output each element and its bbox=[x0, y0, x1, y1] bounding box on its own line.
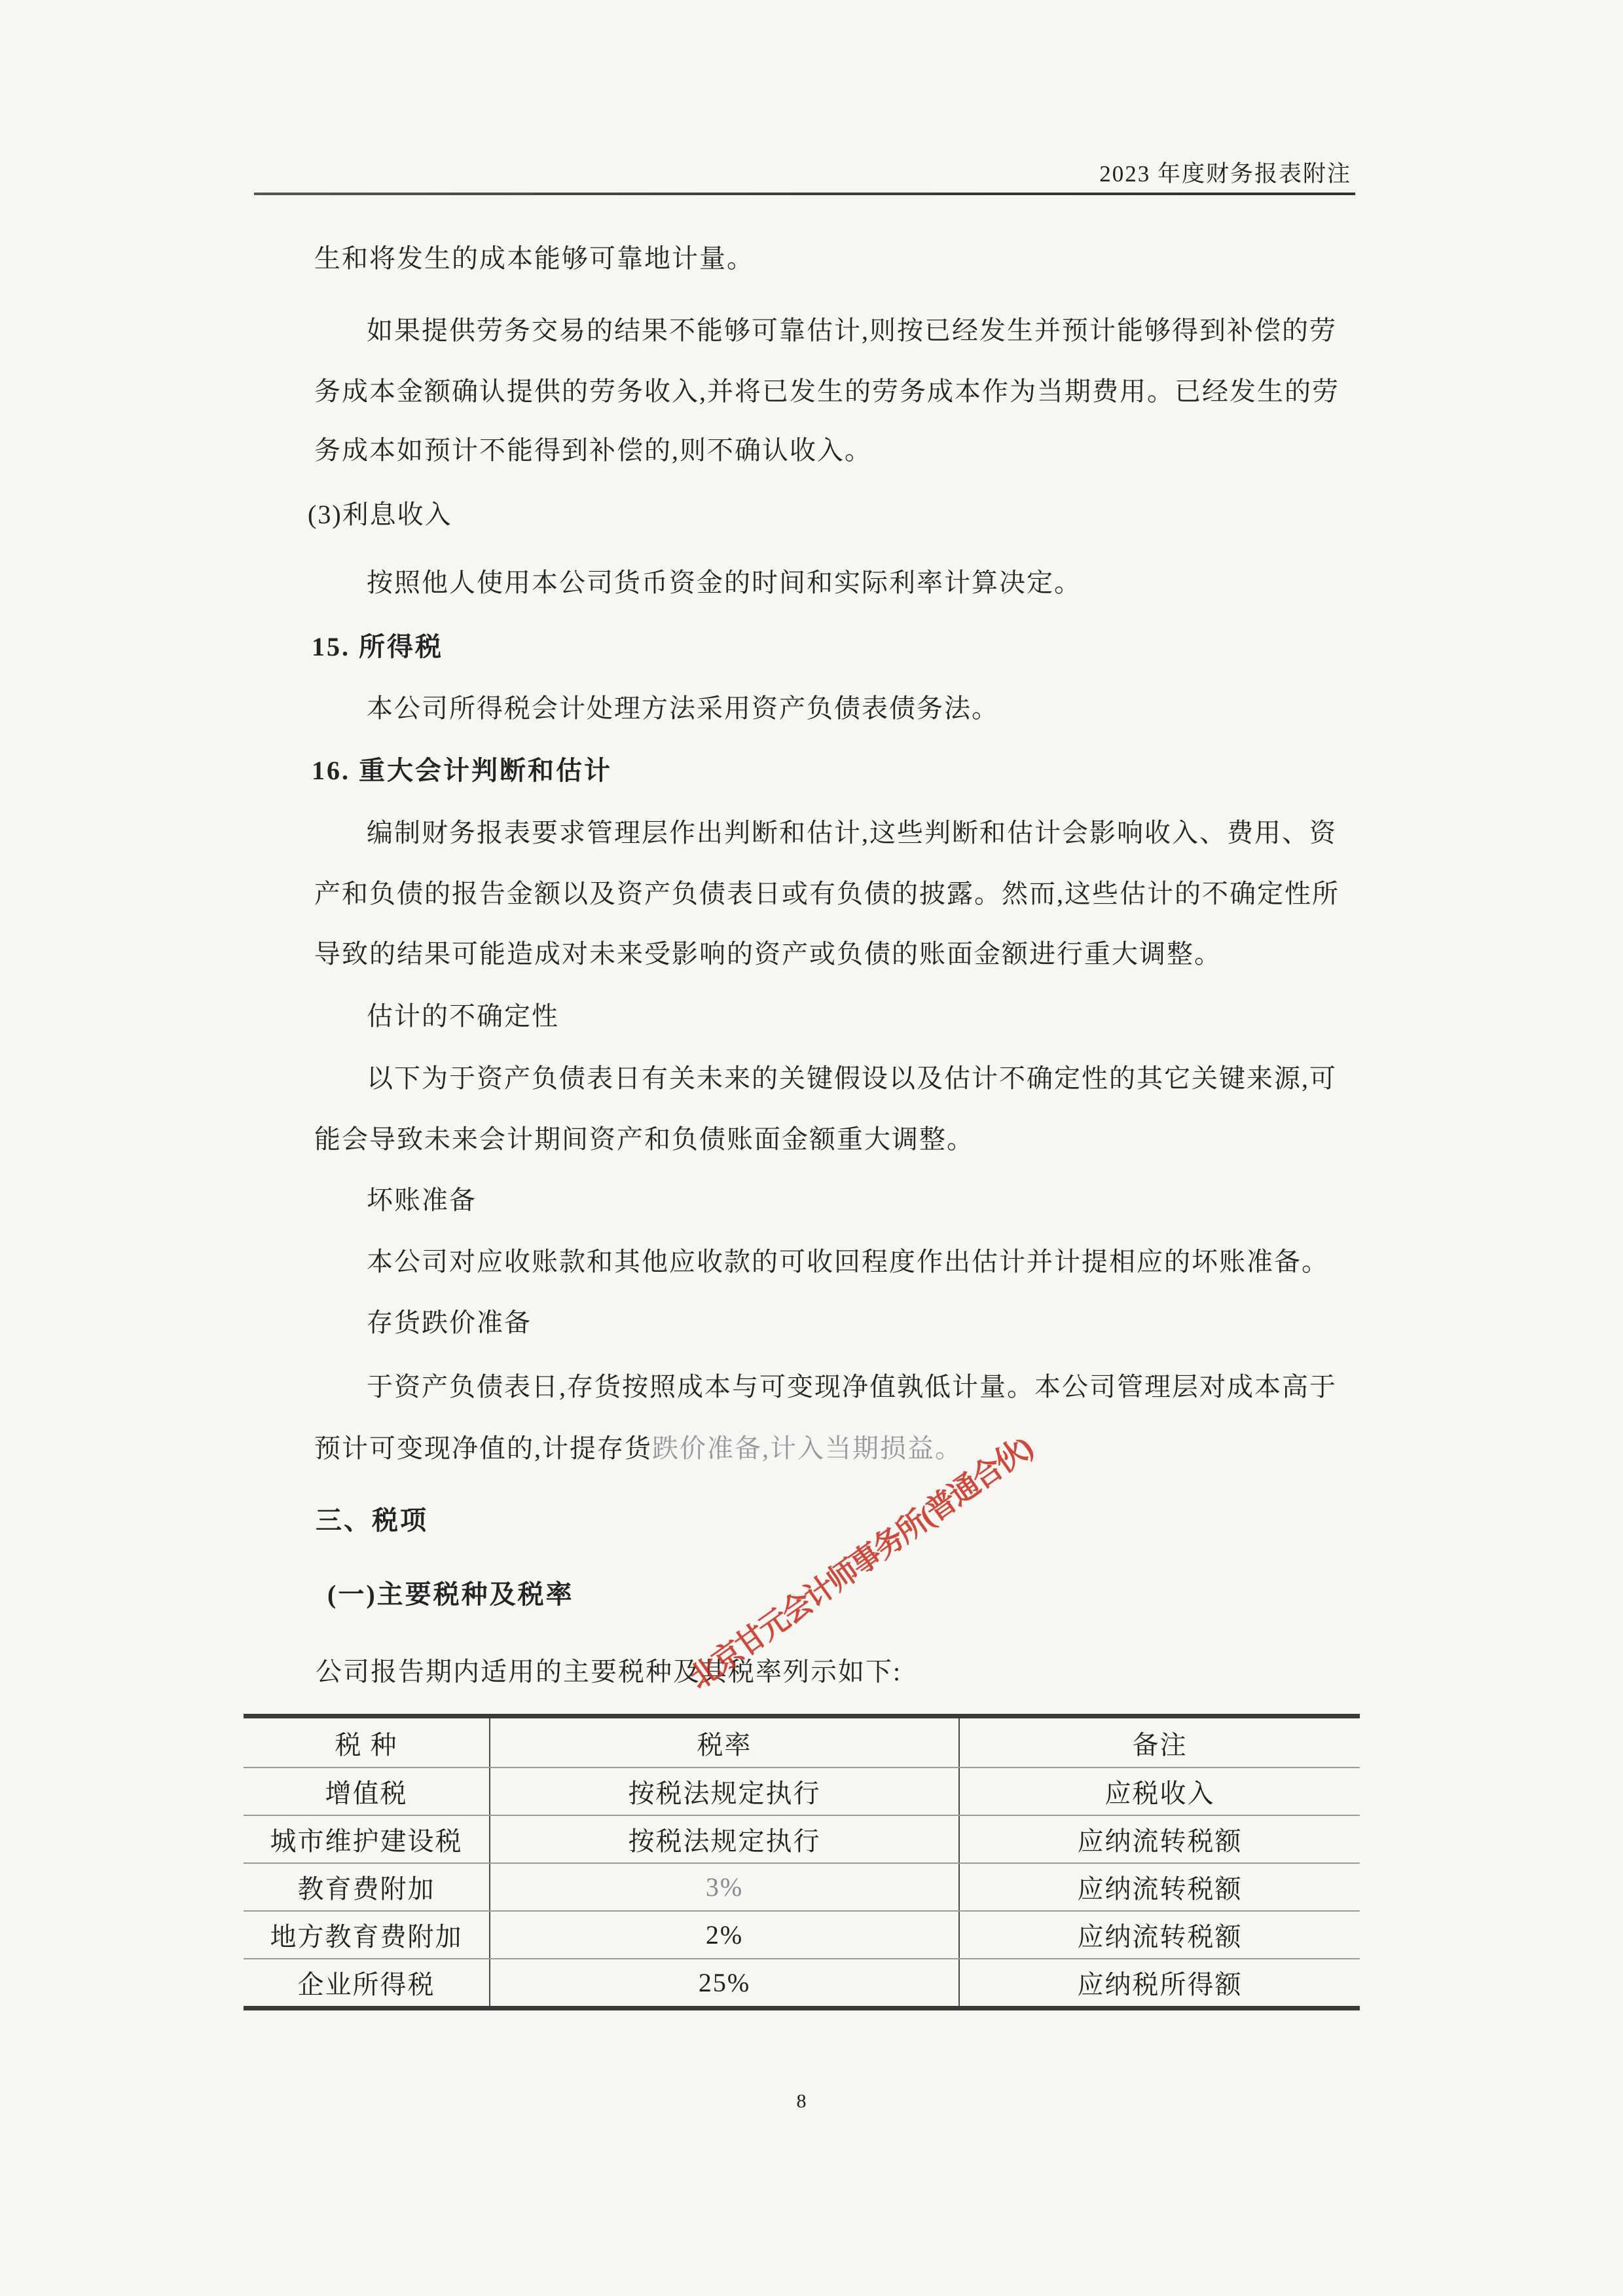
body-line: 按照他人使用本公司货币资金的时间和实际利率计算决定。 bbox=[367, 563, 1082, 602]
body-line: 如果提供劳务交易的结果不能够可靠估计,则按已经发生并预计能够得到补偿的劳 bbox=[367, 311, 1337, 350]
table-cell: 3% bbox=[490, 1863, 959, 1911]
table-cell: 按税法规定执行 bbox=[490, 1815, 959, 1863]
table-header-row: 税 种税率备注 bbox=[244, 1716, 1360, 1768]
table-cell: 增值税 bbox=[244, 1768, 490, 1815]
body-line: 15. 所得税 bbox=[312, 627, 443, 667]
table-cell: 应税收入 bbox=[959, 1768, 1360, 1815]
table-cell: 企业所得税 bbox=[244, 1959, 490, 2009]
table-cell: 地方教育费附加 bbox=[244, 1911, 490, 1959]
table-header-cell: 备注 bbox=[959, 1716, 1360, 1768]
table-cell: 应纳税所得额 bbox=[959, 1959, 1360, 2009]
body-line: 能会导致未来会计期间资产和负债账面金额重大调整。 bbox=[314, 1120, 974, 1159]
body-line: 生和将发生的成本能够可靠地计量。 bbox=[314, 239, 754, 278]
body-line: 产和负债的报告金额以及资产负债表日或有负债的披露。然而,这些估计的不确定性所 bbox=[314, 874, 1340, 914]
body-line: 公司报告期内适用的主要税种及其税率列示如下: bbox=[316, 1652, 902, 1692]
table-cell: 应纳流转税额 bbox=[959, 1863, 1360, 1911]
table-cell: 25% bbox=[490, 1959, 959, 2009]
table-header-cell: 税率 bbox=[490, 1716, 959, 1768]
body-line: 本公司对应收账款和其他应收款的可收回程度作出估计并计提相应的坏账准备。 bbox=[367, 1242, 1329, 1282]
body-line: 本公司所得税会计处理方法采用资产负债表债务法。 bbox=[367, 689, 999, 728]
body-line: (一)主要税种及税率 bbox=[327, 1575, 574, 1614]
header-divider bbox=[254, 193, 1355, 195]
body-line: 三、税项 bbox=[316, 1501, 428, 1540]
table-cell: 应纳流转税额 bbox=[959, 1911, 1360, 1959]
table-cell: 按税法规定执行 bbox=[490, 1768, 959, 1815]
body-line: 编制财务报表要求管理层作出判断和估计,这些判断和估计会影响收入、费用、资 bbox=[367, 813, 1337, 853]
body-line-segment-faded: 跌价准备,计入当期损益。 bbox=[652, 1434, 962, 1463]
table-row: 增值税按税法规定执行应税收入 bbox=[244, 1768, 1360, 1815]
page-header-title: 2023 年度财务报表附注 bbox=[1099, 156, 1351, 189]
body-line: 务成本如预计不能得到补偿的,则不确认收入。 bbox=[314, 431, 872, 470]
body-line: (3)利息收入 bbox=[308, 495, 452, 534]
table-row: 教育费附加3%应纳流转税额 bbox=[244, 1863, 1360, 1911]
body-line: 16. 重大会计判断和估计 bbox=[312, 751, 612, 790]
table-header-cell: 税 种 bbox=[244, 1716, 490, 1768]
body-line: 坏账准备 bbox=[367, 1181, 477, 1220]
table-cell: 城市维护建设税 bbox=[244, 1815, 490, 1863]
table-row: 地方教育费附加2%应纳流转税额 bbox=[244, 1911, 1360, 1959]
body-line: 于资产负债表日,存货按照成本与可变现净值孰低计量。本公司管理层对成本高于 bbox=[367, 1367, 1337, 1407]
table-cell: 教育费附加 bbox=[244, 1863, 490, 1911]
body-line-segment: 预计可变现净值的,计提存货 bbox=[314, 1434, 652, 1463]
body-line: 预计可变现净值的,计提存货跌价准备,计入当期损益。 bbox=[314, 1429, 962, 1468]
tax-rate-table: 税 种税率备注 增值税按税法规定执行应税收入城市维护建设税按税法规定执行应纳流转… bbox=[244, 1714, 1360, 2010]
body-line: 导致的结果可能造成对未来受影响的资产或负债的账面金额进行重大调整。 bbox=[314, 935, 1222, 974]
table-row: 企业所得税25%应纳税所得额 bbox=[244, 1959, 1360, 2009]
body-line: 以下为于资产负债表日有关未来的关键假设以及估计不确定性的其它关键来源,可 bbox=[367, 1059, 1337, 1098]
body-line: 估计的不确定性 bbox=[367, 997, 559, 1036]
table-row: 城市维护建设税按税法规定执行应纳流转税额 bbox=[244, 1815, 1360, 1863]
page-number: 8 bbox=[788, 2090, 814, 2113]
table-cell: 2% bbox=[490, 1911, 959, 1959]
document-page: 2023 年度财务报表附注 生和将发生的成本能够可靠地计量。如果提供劳务交易的结… bbox=[0, 0, 1623, 2296]
body-line: 存货跌价准备 bbox=[367, 1303, 532, 1342]
table-cell: 应纳流转税额 bbox=[959, 1815, 1360, 1863]
body-line: 务成本金额确认提供的劳务收入,并将已发生的劳务成本作为当期费用。已经发生的劳 bbox=[314, 372, 1340, 411]
